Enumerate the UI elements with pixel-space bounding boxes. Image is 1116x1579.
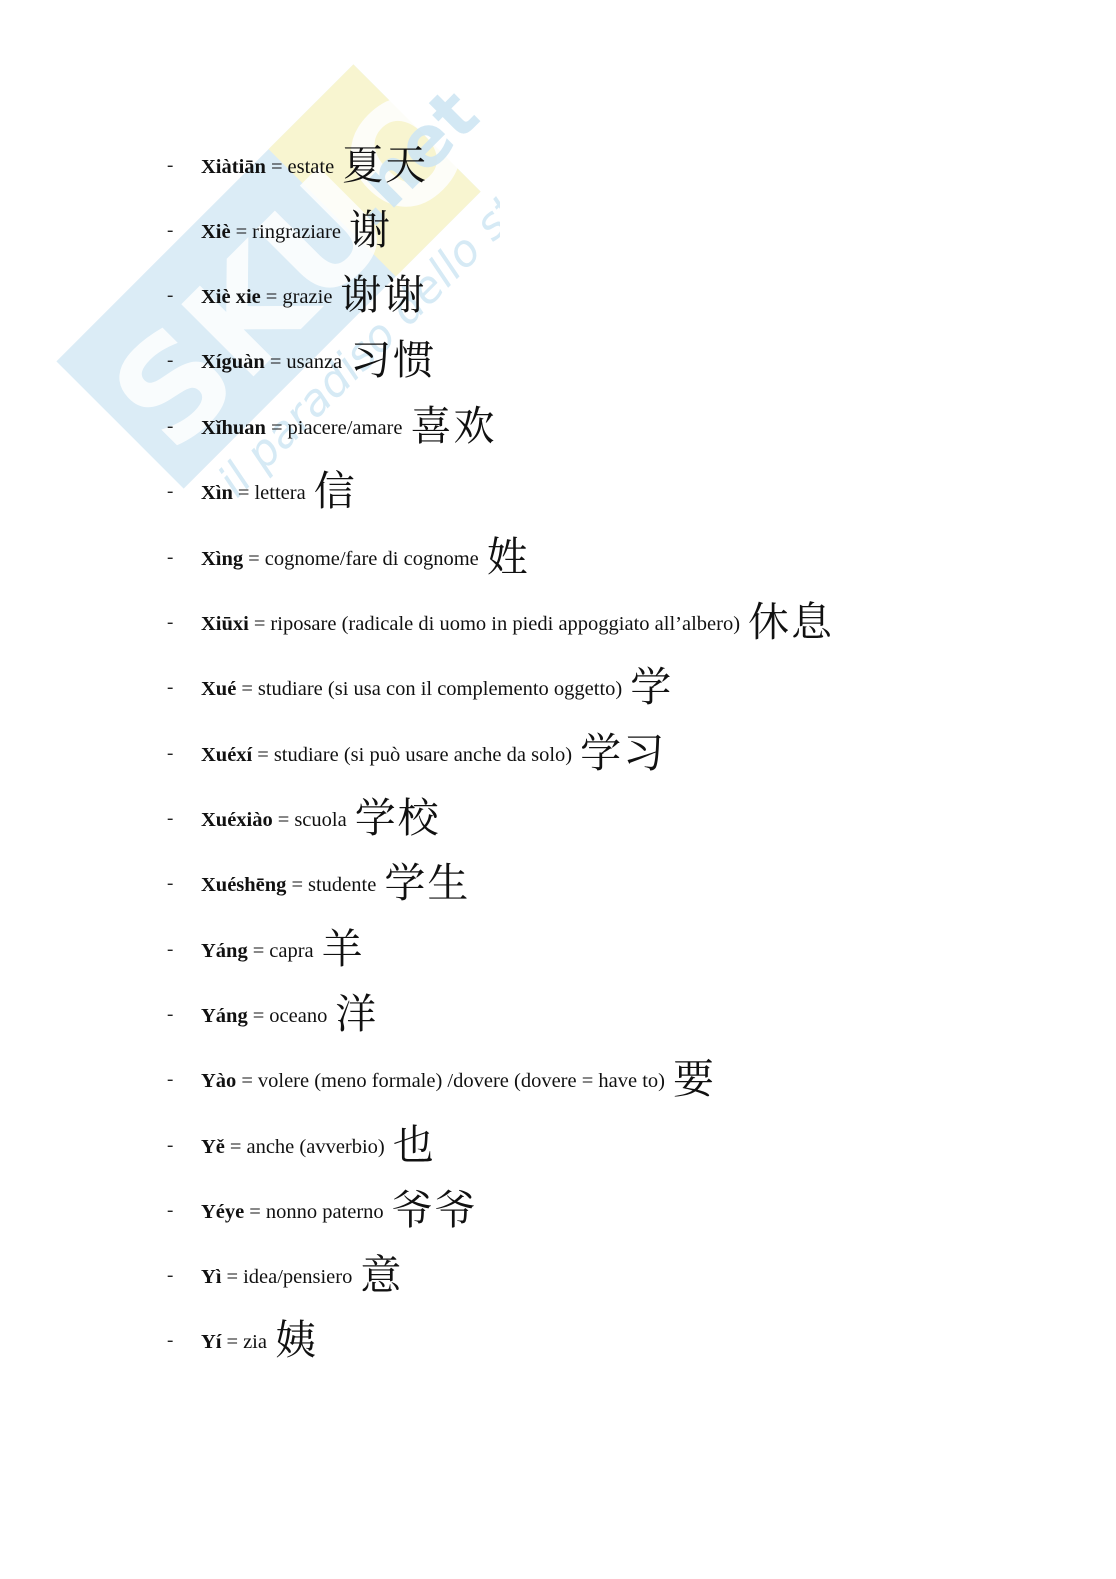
hanzi: 羊 [322, 929, 365, 969]
bullet-dash: - [167, 547, 173, 569]
hanzi: 学生 [384, 863, 470, 903]
equals-sign: = [270, 351, 282, 374]
meaning: capra [269, 940, 313, 963]
pinyin: Xìn [201, 482, 233, 505]
hanzi: 学习 [580, 733, 666, 773]
hanzi: 习惯 [350, 340, 436, 380]
pinyin: Xìng [201, 548, 243, 571]
meaning: studiare (si usa con il complemento ogge… [258, 678, 622, 701]
pinyin: Yào [201, 1070, 236, 1093]
meaning: scuola [294, 809, 346, 832]
bullet-dash: - [167, 743, 173, 765]
meaning: estate [288, 156, 335, 179]
hanzi: 学校 [355, 798, 441, 838]
hanzi: 姨 [275, 1320, 318, 1360]
equals-sign: = [278, 809, 290, 832]
meaning: oceano [269, 1005, 327, 1028]
bullet-dash: - [167, 285, 173, 307]
pinyin: Xué [201, 678, 236, 701]
meaning: cognome/fare di cognome [265, 548, 479, 571]
hanzi: 谢谢 [340, 275, 426, 315]
equals-sign: = [248, 548, 260, 571]
meaning: lettera [254, 482, 305, 505]
bullet-dash: - [167, 1004, 173, 1026]
equals-sign: = [241, 678, 253, 701]
equals-sign: = [241, 1070, 253, 1093]
equals-sign: = [271, 156, 283, 179]
equals-sign: = [291, 874, 303, 897]
hanzi: 爷爷 [392, 1190, 478, 1230]
pinyin: Xiūxi [201, 613, 249, 636]
hanzi: 学 [630, 667, 673, 707]
equals-sign: = [254, 613, 266, 636]
pinyin: Xǐhuan [201, 417, 266, 440]
pinyin: Yě [201, 1136, 225, 1159]
bullet-dash: - [167, 808, 173, 830]
meaning: nonno paterno [266, 1201, 384, 1224]
hanzi: 喜欢 [410, 406, 496, 446]
bullet-dash: - [167, 481, 173, 503]
meaning: ringraziare [252, 221, 341, 244]
pinyin: Yéye [201, 1201, 244, 1224]
pinyin: Yì [201, 1266, 222, 1289]
pinyin: Xuéxiào [201, 809, 273, 832]
hanzi: 姓 [487, 537, 530, 577]
bullet-dash: - [167, 1330, 173, 1352]
vocabulary-page: - Xiàtiān = estate 夏天 - Xiè = ringraziar… [0, 0, 1116, 1579]
equals-sign: = [227, 1266, 239, 1289]
meaning: zia [243, 1331, 267, 1354]
bullet-dash: - [167, 416, 173, 438]
pinyin: Xuéxí [201, 744, 252, 767]
meaning: grazie [282, 286, 332, 309]
equals-sign: = [227, 1331, 239, 1354]
equals-sign: = [266, 286, 278, 309]
meaning: riposare (radicale di uomo in piedi appo… [270, 613, 740, 636]
equals-sign: = [236, 221, 248, 244]
pinyin: Xiàtiān [201, 156, 266, 179]
equals-sign: = [253, 940, 265, 963]
hanzi: 谢 [349, 210, 392, 250]
bullet-dash: - [167, 612, 173, 634]
equals-sign: = [253, 1005, 265, 1028]
meaning: studente [308, 874, 376, 897]
bullet-dash: - [167, 1200, 173, 1222]
bullet-dash: - [167, 939, 173, 961]
pinyin: Yáng [201, 940, 248, 963]
hanzi: 意 [360, 1255, 403, 1295]
bullet-dash: - [167, 873, 173, 895]
meaning: anche (avverbio) [246, 1136, 384, 1159]
equals-sign: = [257, 744, 269, 767]
hanzi: 要 [673, 1059, 716, 1099]
pinyin: Xiè xie [201, 286, 261, 309]
equals-sign: = [230, 1136, 242, 1159]
hanzi: 休息 [748, 602, 834, 642]
bullet-dash: - [167, 1265, 173, 1287]
bullet-dash: - [167, 155, 173, 177]
meaning: studiare (si può usare anche da solo) [274, 744, 572, 767]
pinyin: Xíguàn [201, 351, 265, 374]
meaning: idea/pensiero [243, 1266, 352, 1289]
pinyin: Yáng [201, 1005, 248, 1028]
equals-sign: = [249, 1201, 261, 1224]
hanzi: 也 [393, 1125, 436, 1165]
bullet-dash: - [167, 677, 173, 699]
meaning: piacere/amare [288, 417, 403, 440]
bullet-dash: - [167, 350, 173, 372]
bullet-dash: - [167, 220, 173, 242]
pinyin: Xuéshēng [201, 874, 286, 897]
pinyin: Xiè [201, 221, 231, 244]
hanzi: 夏天 [342, 145, 428, 185]
pinyin: Yí [201, 1331, 222, 1354]
meaning: usanza [286, 351, 342, 374]
equals-sign: = [271, 417, 283, 440]
hanzi: 洋 [335, 994, 378, 1034]
bullet-dash: - [167, 1069, 173, 1091]
hanzi: 信 [314, 471, 357, 511]
meaning: volere (meno formale) /dovere (dovere = … [258, 1070, 665, 1093]
equals-sign: = [238, 482, 250, 505]
bullet-dash: - [167, 1135, 173, 1157]
